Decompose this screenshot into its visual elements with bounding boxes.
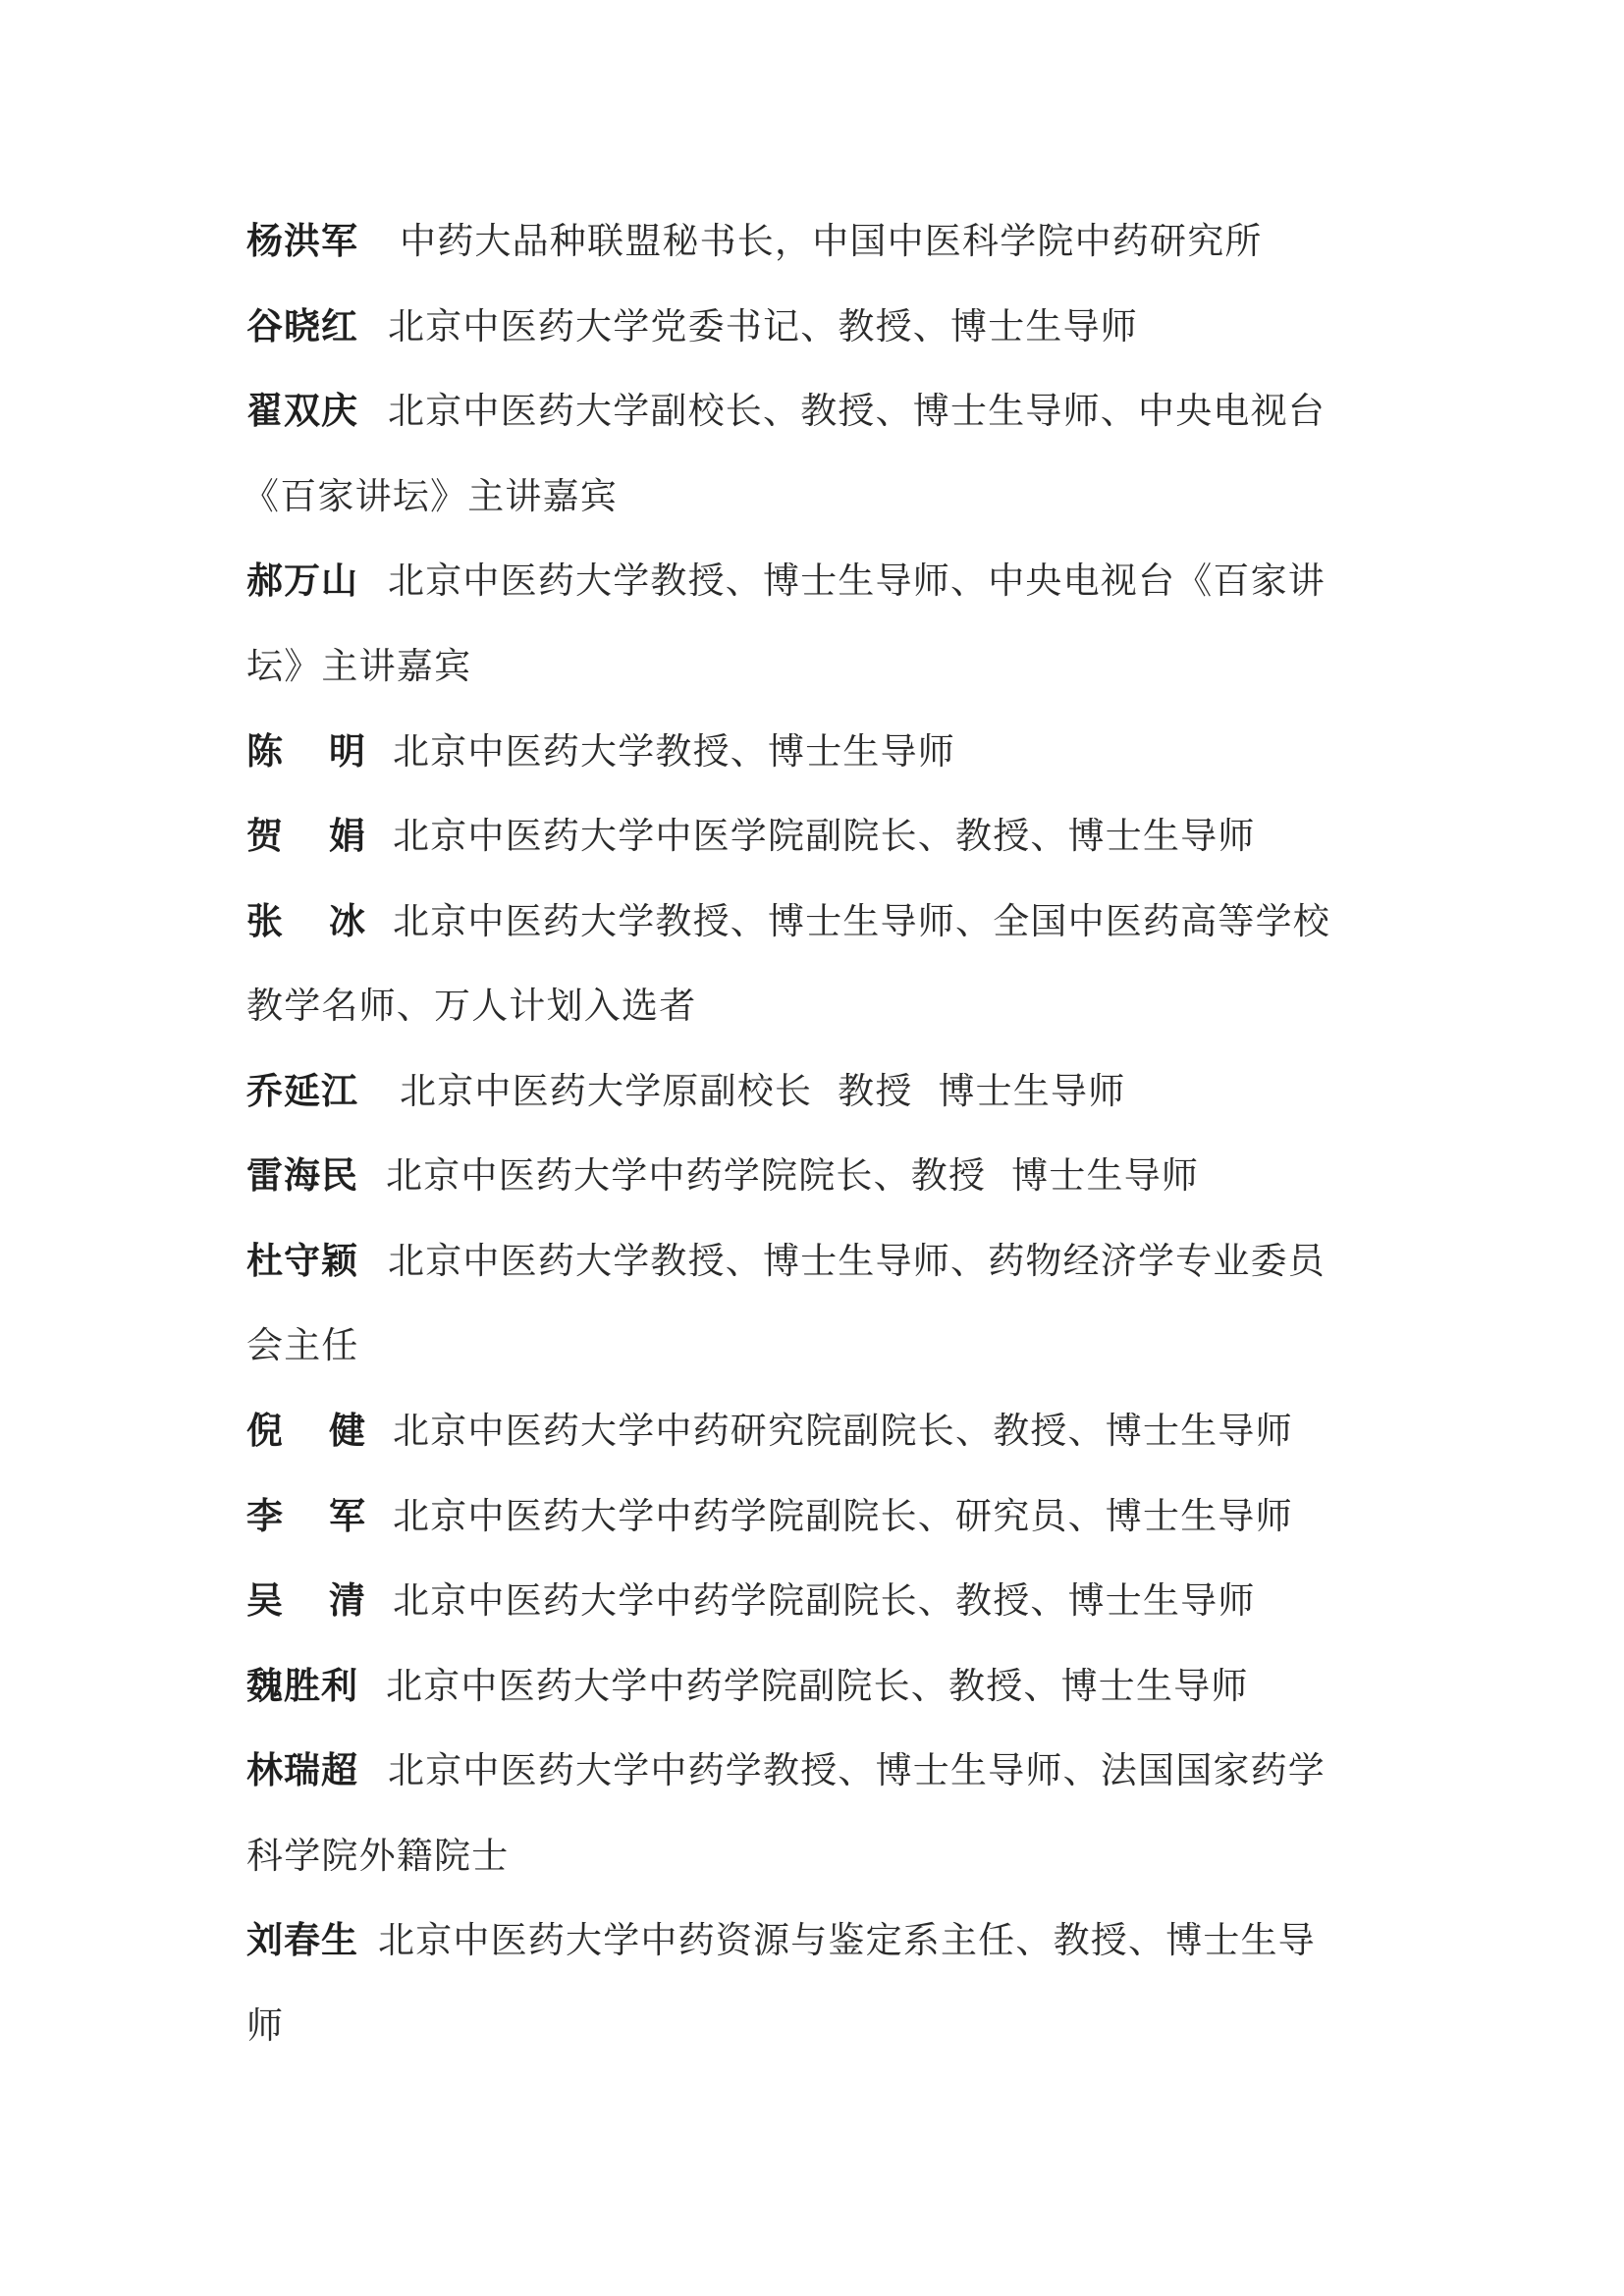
- person-title: 北京中医药大学教授、博士生导师、药物经济学专业委员: [388, 1218, 1326, 1304]
- person-name: 乔延江: [246, 1048, 358, 1134]
- person-name: 魏胜利: [246, 1643, 358, 1729]
- name-char: 冰: [329, 879, 366, 964]
- name-char: 健: [329, 1388, 366, 1473]
- person-title: 北京中医药大学中药学教授、博士生导师、法国国家药学: [388, 1728, 1326, 1813]
- name-char: 贺: [246, 793, 284, 879]
- person-name: 刘春生: [246, 1897, 358, 1983]
- person-title: 北京中医药大学中药资源与鉴定系主任、教授、博士生导: [378, 1897, 1316, 1983]
- person-title: 北京中医药大学副校长、教授、博士生导师、中央电视台: [388, 368, 1326, 454]
- name-char: 张: [246, 879, 284, 964]
- person-title: 北京中医药大学教授、博士生导师: [393, 709, 955, 794]
- person-title: 北京中医药大学中药学院副院长、研究员、博士生导师: [393, 1473, 1293, 1559]
- person-title-continued: 坛》主讲嘉宾: [246, 623, 471, 709]
- person-title: 北京中医药大学原副校长 教授 博士生导师: [400, 1048, 1125, 1134]
- name-char: 倪: [246, 1388, 284, 1473]
- person-name: 杜守颖: [246, 1218, 358, 1304]
- person-name: 陈 明: [246, 709, 366, 794]
- person-title-continued: 师: [246, 1983, 284, 2068]
- person-name: 贺 娟: [246, 793, 366, 879]
- person-name: 翟双庆: [246, 368, 358, 454]
- person-title: 北京中医药大学教授、博士生导师、全国中医药高等学校: [393, 879, 1330, 964]
- name-char: 军: [329, 1473, 366, 1559]
- person-title: 北京中医药大学教授、博士生导师、中央电视台《百家讲: [388, 538, 1326, 623]
- person-title: 北京中医药大学中药学院副院长、教授、博士生导师: [386, 1643, 1249, 1729]
- person-title-continued: 《百家讲坛》主讲嘉宾: [243, 454, 618, 539]
- person-name: 张 冰: [246, 879, 366, 964]
- name-char: 娟: [329, 793, 366, 879]
- person-title: 北京中医药大学中药学院院长、教授 博士生导师: [386, 1133, 1199, 1218]
- person-title: 北京中医药大学中药学院副院长、教授、博士生导师: [393, 1558, 1256, 1643]
- person-title: 北京中医药大学党委书记、教授、博士生导师: [388, 284, 1138, 369]
- person-title-continued: 会主任: [246, 1303, 359, 1388]
- person-name: 吴 清: [246, 1558, 366, 1643]
- person-title-continued: 科学院外籍院士: [246, 1813, 509, 1898]
- person-title: 中药大品种联盟秘书长，中国中医科学院中药研究所: [400, 198, 1263, 284]
- person-title: 北京中医药大学中药研究院副院长、教授、博士生导师: [393, 1388, 1293, 1473]
- person-title-continued: 教学名师、万人计划入选者: [246, 963, 696, 1048]
- name-char: 明: [329, 709, 366, 794]
- person-name: 林瑞超: [246, 1728, 358, 1813]
- person-name: 谷晓红: [246, 284, 358, 369]
- person-name: 雷海民: [246, 1133, 358, 1218]
- person-name: 倪 健: [246, 1388, 366, 1473]
- document-page: 杨洪军 中药大品种联盟秘书长，中国中医科学院中药研究所 谷晓红 北京中医药大学党…: [0, 0, 1624, 2296]
- name-char: 陈: [246, 709, 284, 794]
- person-name: 郝万山: [246, 538, 358, 623]
- name-char: 吴: [246, 1558, 284, 1643]
- name-char: 李: [246, 1473, 284, 1559]
- person-name: 杨洪军: [246, 198, 358, 284]
- name-char: 清: [329, 1558, 366, 1643]
- person-title: 北京中医药大学中医学院副院长、教授、博士生导师: [393, 793, 1256, 879]
- person-name: 李 军: [246, 1473, 366, 1559]
